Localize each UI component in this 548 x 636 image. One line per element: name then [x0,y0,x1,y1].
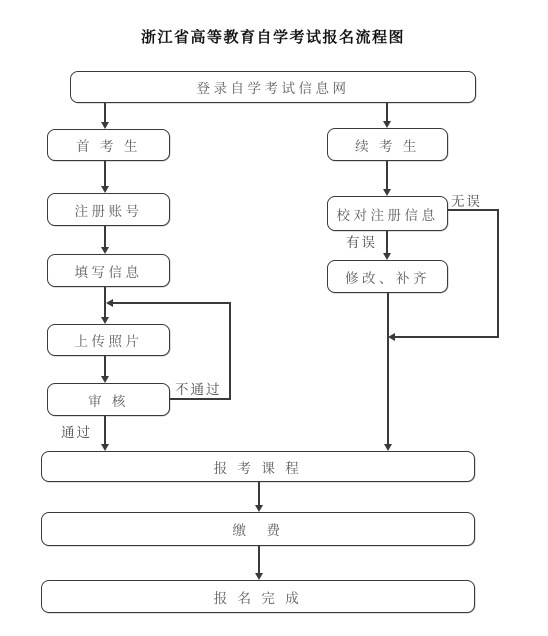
node-login: 登录自学考试信息网 [70,71,476,103]
node-upload-photo-label: 上传照片 [75,330,143,350]
edge-label-has-error: 有误 [346,231,377,251]
edge-verify-bypass-back-line [392,336,499,338]
edge-first-register-arrow-icon [101,186,109,193]
edge-review-choose-line [104,416,106,445]
edge-pay-done-line [258,546,260,575]
node-review: 审 核 [47,383,170,416]
edge-verify-modify-line [386,231,388,255]
node-register-account-label: 注册账号 [75,200,143,220]
edge-review-fail-back-line [112,302,230,304]
edge-pay-done-arrow-icon [255,573,263,580]
edge-review-fail-out-line [170,398,231,400]
edge-continuing-verify-line [386,161,388,191]
edge-modify-choose-line [387,293,389,446]
edge-label-no-error: 无误 [451,190,482,210]
node-modify-complete-label: 修改、补齐 [345,267,430,287]
node-fill-info: 填写信息 [47,254,170,287]
edge-modify-choose-arrow-icon [384,444,392,451]
node-pay-fee-label: 缴 费 [233,519,284,539]
flowchart-canvas: 浙江省高等教育自学考试报名流程图 登录自学考试信息网 首 考 生 注册账号 填写… [0,0,548,636]
node-register-done: 报 名 完 成 [41,580,475,613]
edge-choose-pay-arrow-icon [255,505,263,512]
edge-continuing-verify-arrow-icon [383,189,391,196]
node-verify-register-info: 校对注册信息 [327,196,448,231]
edge-login-continuing-arrow-icon [383,121,391,128]
node-modify-complete: 修改、补齐 [327,260,448,293]
node-choose-courses-label: 报 考 课 程 [214,457,303,477]
node-first-examinee-label: 首 考 生 [76,135,141,155]
edge-review-choose-arrow-icon [101,444,109,451]
edge-review-fail-arrow-icon [106,299,113,307]
edge-verify-bypass-arrow-icon [388,333,395,341]
page-title: 浙江省高等教育自学考试报名流程图 [0,26,546,47]
edge-review-fail-up-line [229,302,231,399]
edge-login-first-line [104,103,106,123]
node-first-examinee: 首 考 生 [47,129,170,161]
node-verify-register-info-label: 校对注册信息 [337,204,439,224]
edge-upload-review-arrow-icon [101,376,109,383]
edge-first-register-line [104,161,106,187]
edge-verify-modify-arrow-icon [383,253,391,260]
edge-verify-bypass-down-line [497,209,499,338]
edge-login-continuing-line [386,103,388,122]
edge-choose-pay-line [258,482,260,507]
node-choose-courses: 报 考 课 程 [41,451,475,482]
edge-register-fill-arrow-icon [101,247,109,254]
edge-fill-upload-arrow-icon [101,317,109,324]
node-register-account: 注册账号 [47,193,170,226]
edge-label-fail: 不通过 [175,378,222,398]
node-review-label: 审 核 [88,390,129,410]
node-fill-info-label: 填写信息 [75,261,143,281]
edge-label-pass: 通过 [61,421,92,441]
node-continuing-examinee-label: 续 考 生 [355,135,420,155]
node-continuing-examinee: 续 考 生 [327,128,448,161]
node-pay-fee: 缴 费 [41,512,475,546]
edge-upload-review-line [104,356,106,377]
node-register-done-label: 报 名 完 成 [214,587,303,607]
edge-register-fill-line [104,226,106,248]
edge-login-first-arrow-icon [101,122,109,129]
node-login-label: 登录自学考试信息网 [197,77,350,97]
node-upload-photo: 上传照片 [47,324,170,356]
